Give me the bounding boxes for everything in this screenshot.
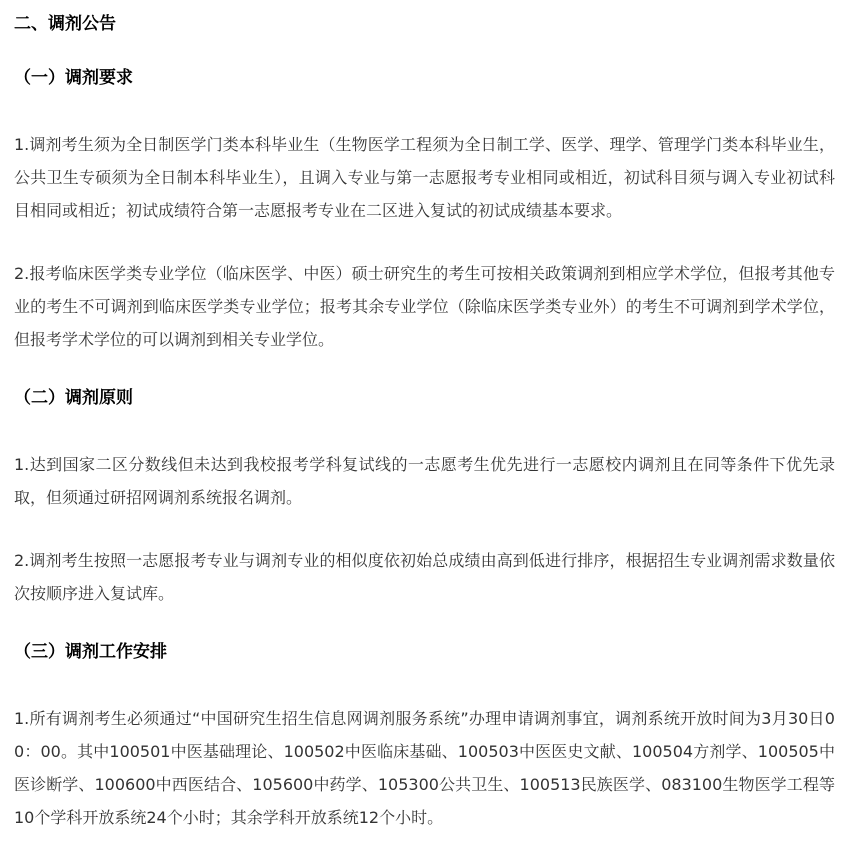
principles-paragraph-1: 1.达到国家二区分数线但未达到我校报考学科复试线的一志愿考生优先进行一志愿校内调… xyxy=(14,448,835,514)
work-arrangement-paragraph-1: 1.所有调剂考生必须通过“中国研究生招生信息网调剂服务系统”办理申请调剂事宜，调… xyxy=(14,702,835,834)
section-heading-principles: （二）调剂原则 xyxy=(14,386,835,410)
section-heading-work-arrangement: （三）调剂工作安排 xyxy=(14,640,835,664)
requirements-paragraph-2: 2.报考临床医学类专业学位（临床医学、中医）硕士研究生的考生可按相关政策调剂到相… xyxy=(14,257,835,356)
section-heading-requirements: （一）调剂要求 xyxy=(14,66,835,90)
document-title: 二、调剂公告 xyxy=(14,12,835,36)
adjustment-announcement-document: 二、调剂公告 （一）调剂要求 1.调剂考生须为全日制医学门类本科毕业生（生物医学… xyxy=(0,0,849,844)
principles-paragraph-2: 2.调剂考生按照一志愿报考专业与调剂专业的相似度依初始总成绩由高到低进行排序，根… xyxy=(14,544,835,610)
requirements-paragraph-1: 1.调剂考生须为全日制医学门类本科毕业生（生物医学工程须为全日制工学、医学、理学… xyxy=(14,128,835,227)
